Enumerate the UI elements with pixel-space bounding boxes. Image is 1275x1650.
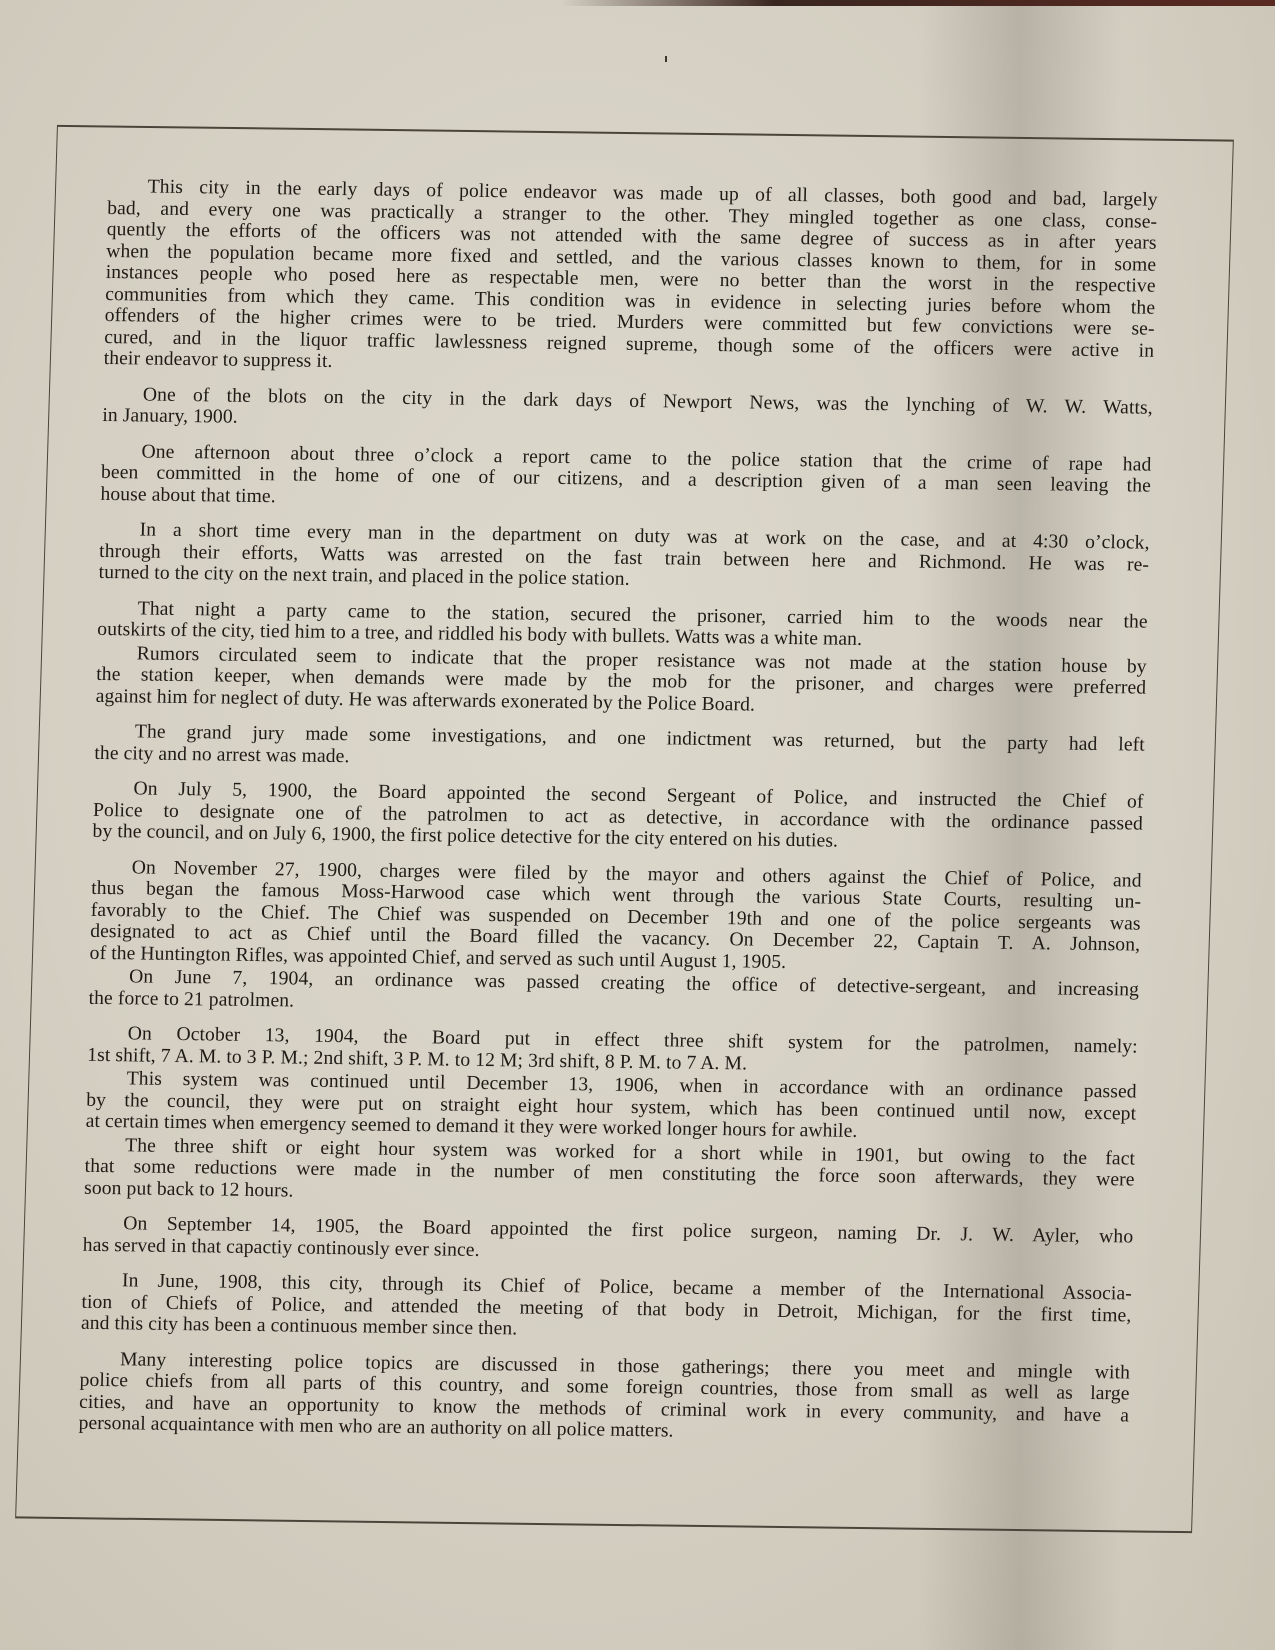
paragraph: The grand jury made some investigations,… [94,721,1145,778]
paragraph: In June, 1908, this city, through its Ch… [81,1270,1132,1348]
paragraph: This system was continued until December… [85,1068,1136,1146]
paragraph: One afternoon about three o’clock a repo… [100,440,1151,518]
paragraph: On November 27, 1900, charges were filed… [89,856,1141,977]
paragraph: In a short time every man in the departm… [98,519,1149,597]
paragraph: The three shift or eight hour system was… [84,1134,1135,1212]
paragraph: Rumors circulated seem to indicate that … [95,642,1146,720]
document-body: This city in the early days of police en… [78,176,1158,1462]
page-speck [665,56,667,62]
paragraph: This city in the early days of police en… [103,176,1157,383]
paragraph: Many interesting police topics are discu… [78,1348,1130,1448]
book-top-edge [560,0,1275,6]
paragraph: On September 14, 1905, the Board appoint… [83,1213,1134,1270]
paragraph: One of the blots on the city in the dark… [102,383,1153,440]
paragraph: On July 5, 1900, the Board appointed the… [92,778,1143,856]
